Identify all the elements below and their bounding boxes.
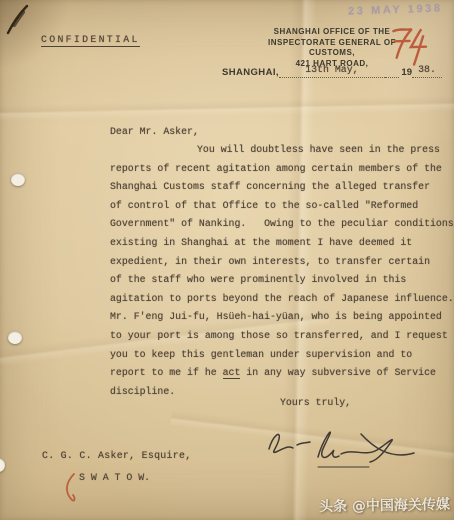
letter-line: Government" of Nanking. Owing to the pec… <box>110 218 454 237</box>
typed-date: 13th May, <box>279 59 385 78</box>
letter-line: you to keep this gentleman under supervi… <box>110 349 454 368</box>
horizontal-fold-crease <box>0 95 454 121</box>
line-text: You will doubtless have seen in the pres… <box>197 144 440 155</box>
letter-line: of the staff who were prominently involv… <box>110 274 454 293</box>
letter-line: Shanghai Customs staff concerning the al… <box>110 181 454 200</box>
line-text: expedient, in their own interests, to tr… <box>110 256 430 267</box>
letter-line: You will doubtless have seen in the pres… <box>110 144 454 163</box>
line-text: Shanghai Customs staff concerning the al… <box>110 181 430 192</box>
letter-line: existing in Shanghai at the moment I hav… <box>110 237 454 256</box>
letter-body: You will doubtless have seen in the pres… <box>110 144 454 404</box>
scanned-letter-page: 23 MAY 1938 CONFIDENTIAL SHANGHAI OFFICE… <box>0 0 454 520</box>
salutation: Dear Mr. Asker, <box>110 126 199 137</box>
line-text: of control of that Office to the so-call… <box>110 200 418 211</box>
confidential-label: CONFIDENTIAL <box>41 34 140 47</box>
year-prefix-printed: 19 <box>401 67 412 78</box>
line-text: in any way subversive of Service <box>240 367 436 378</box>
dotted-fill <box>385 77 400 78</box>
line-text: existing in Shanghai at the moment I hav… <box>110 237 412 248</box>
ink-mark <box>2 2 34 38</box>
letter-line: of control of that Office to the so-call… <box>110 200 454 219</box>
date-line: SHANGHAI, 13th May, 19 38. <box>222 63 442 78</box>
addressee-city: S W A T O W. <box>79 472 150 483</box>
letter-line: agitation to ports beyond the reach of J… <box>110 293 454 312</box>
letter-line: to your port is among those so transferr… <box>110 330 454 349</box>
punch-hole <box>8 331 22 344</box>
watermark: 头条 @中国海关传媒 <box>319 494 450 516</box>
line-text: of the staff who were prominently involv… <box>110 274 406 285</box>
punch-hole <box>0 458 5 472</box>
line-text: discipline. <box>110 386 175 397</box>
signature <box>266 421 430 473</box>
line-text: reports of recent agitation among certai… <box>110 163 442 174</box>
line-text: you to keep this gentleman under supervi… <box>110 349 412 360</box>
red-tick-annotation <box>58 472 82 504</box>
letter-line: expedient, in their own interests, to tr… <box>110 256 454 275</box>
line-text: agitation to ports beyond the reach of J… <box>110 293 454 304</box>
line-text: to your port is among those so transferr… <box>110 330 448 341</box>
typed-year: 38. <box>412 59 442 78</box>
letter-line: reports of recent agitation among certai… <box>110 163 454 182</box>
punch-hole <box>11 173 25 186</box>
letter-line: report to me if he act in any way subver… <box>110 367 454 386</box>
city-printed-label: SHANGHAI, <box>222 67 279 78</box>
underlined-word: act <box>223 367 241 379</box>
received-date-stamp: 23 MAY 1938 <box>348 2 443 17</box>
line-text: report to me if he <box>110 367 223 378</box>
addressee-name: C. G. C. Asker, Esquire, <box>42 450 191 461</box>
line-text: Government" of Nanking. Owing to the pec… <box>110 218 454 229</box>
closing: Yours truly, <box>280 397 351 408</box>
letter-line: Mr. F'eng Jui-fu, Hsüeh-hai-yüan, who is… <box>110 311 454 330</box>
line-text: Mr. F'eng Jui-fu, Hsüeh-hai-yüan, who is… <box>110 311 442 322</box>
